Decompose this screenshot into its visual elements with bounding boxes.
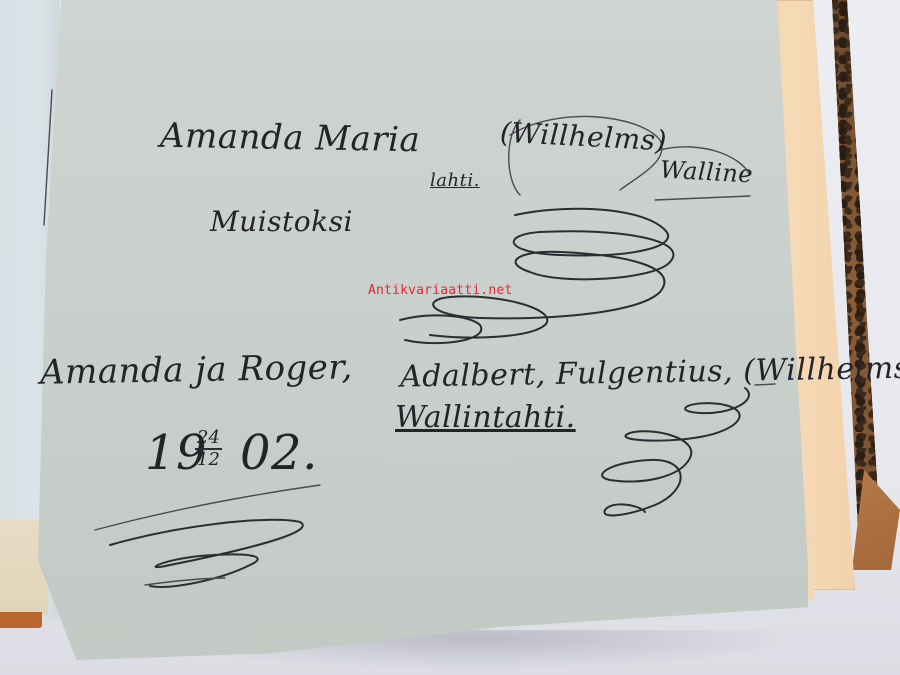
inscription-surname: Walline <box>659 156 753 189</box>
watermark: Antikvariaatti.net <box>368 283 512 298</box>
date-fraction: 24 12 <box>195 428 222 470</box>
inscription-dedication: Muistoksi <box>210 205 353 238</box>
flourish-strokes <box>0 0 900 675</box>
inscription-name: Amanda Maria <box>160 116 421 161</box>
photo-scene: Amanda Maria (Willhelms) Walline lahti. … <box>0 0 900 675</box>
inscription-family-name: Wallintahti. <box>395 400 576 435</box>
date-year: 02. <box>240 425 318 481</box>
inscription-subscript: lahti. <box>430 170 480 191</box>
inscription-names-start: Amanda ja Roger, <box>40 347 353 392</box>
date-fraction-top: 24 <box>195 428 222 450</box>
date-fraction-bottom: 12 <box>195 450 222 470</box>
